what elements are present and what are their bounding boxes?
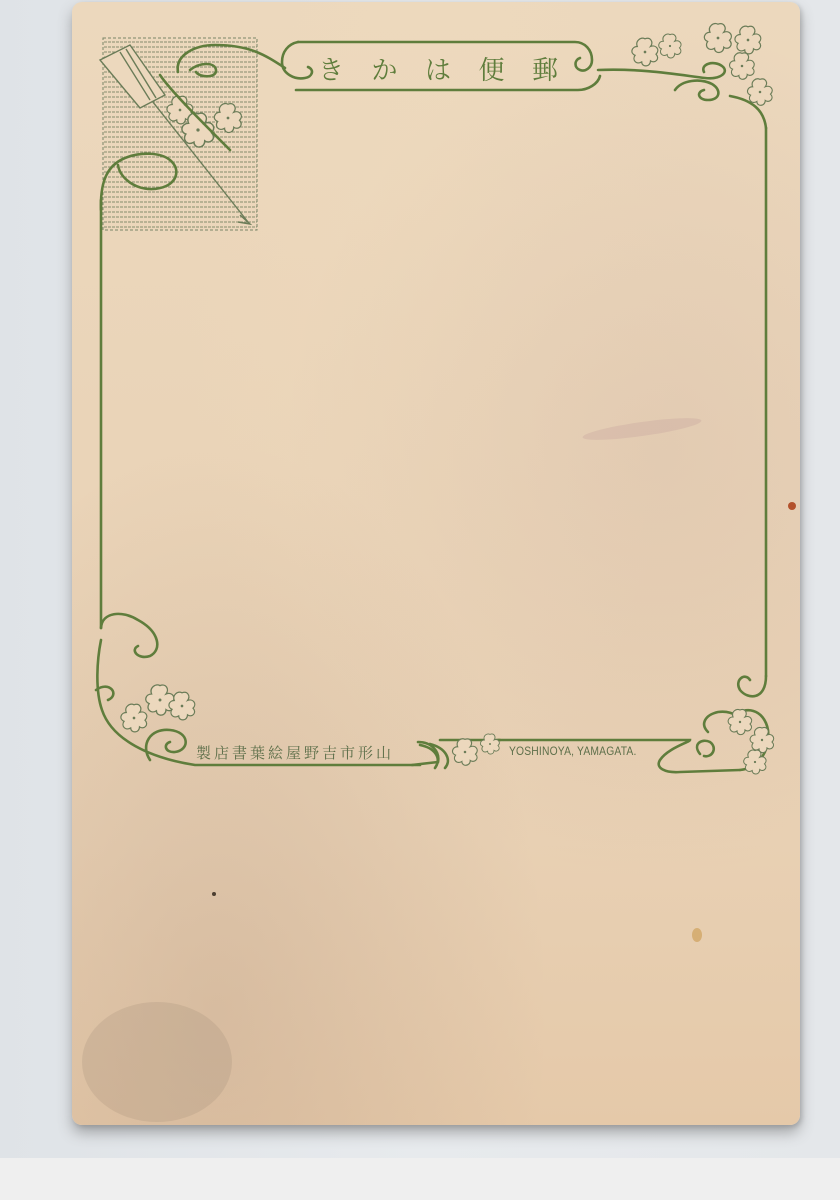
title-char: き <box>318 50 344 87</box>
publisher-japanese: 製店書葉絵屋野吉市形山 <box>196 742 428 764</box>
title-char: か <box>371 50 397 87</box>
publisher-english: YOSHINOYA, YAMAGATA. <box>509 744 637 758</box>
title-char: は <box>425 50 451 87</box>
postcard-title: き か は 便 郵 <box>318 48 558 88</box>
title-char: 郵 <box>532 50 558 87</box>
title-char: 便 <box>478 50 504 87</box>
decorative-frame <box>0 0 840 1200</box>
